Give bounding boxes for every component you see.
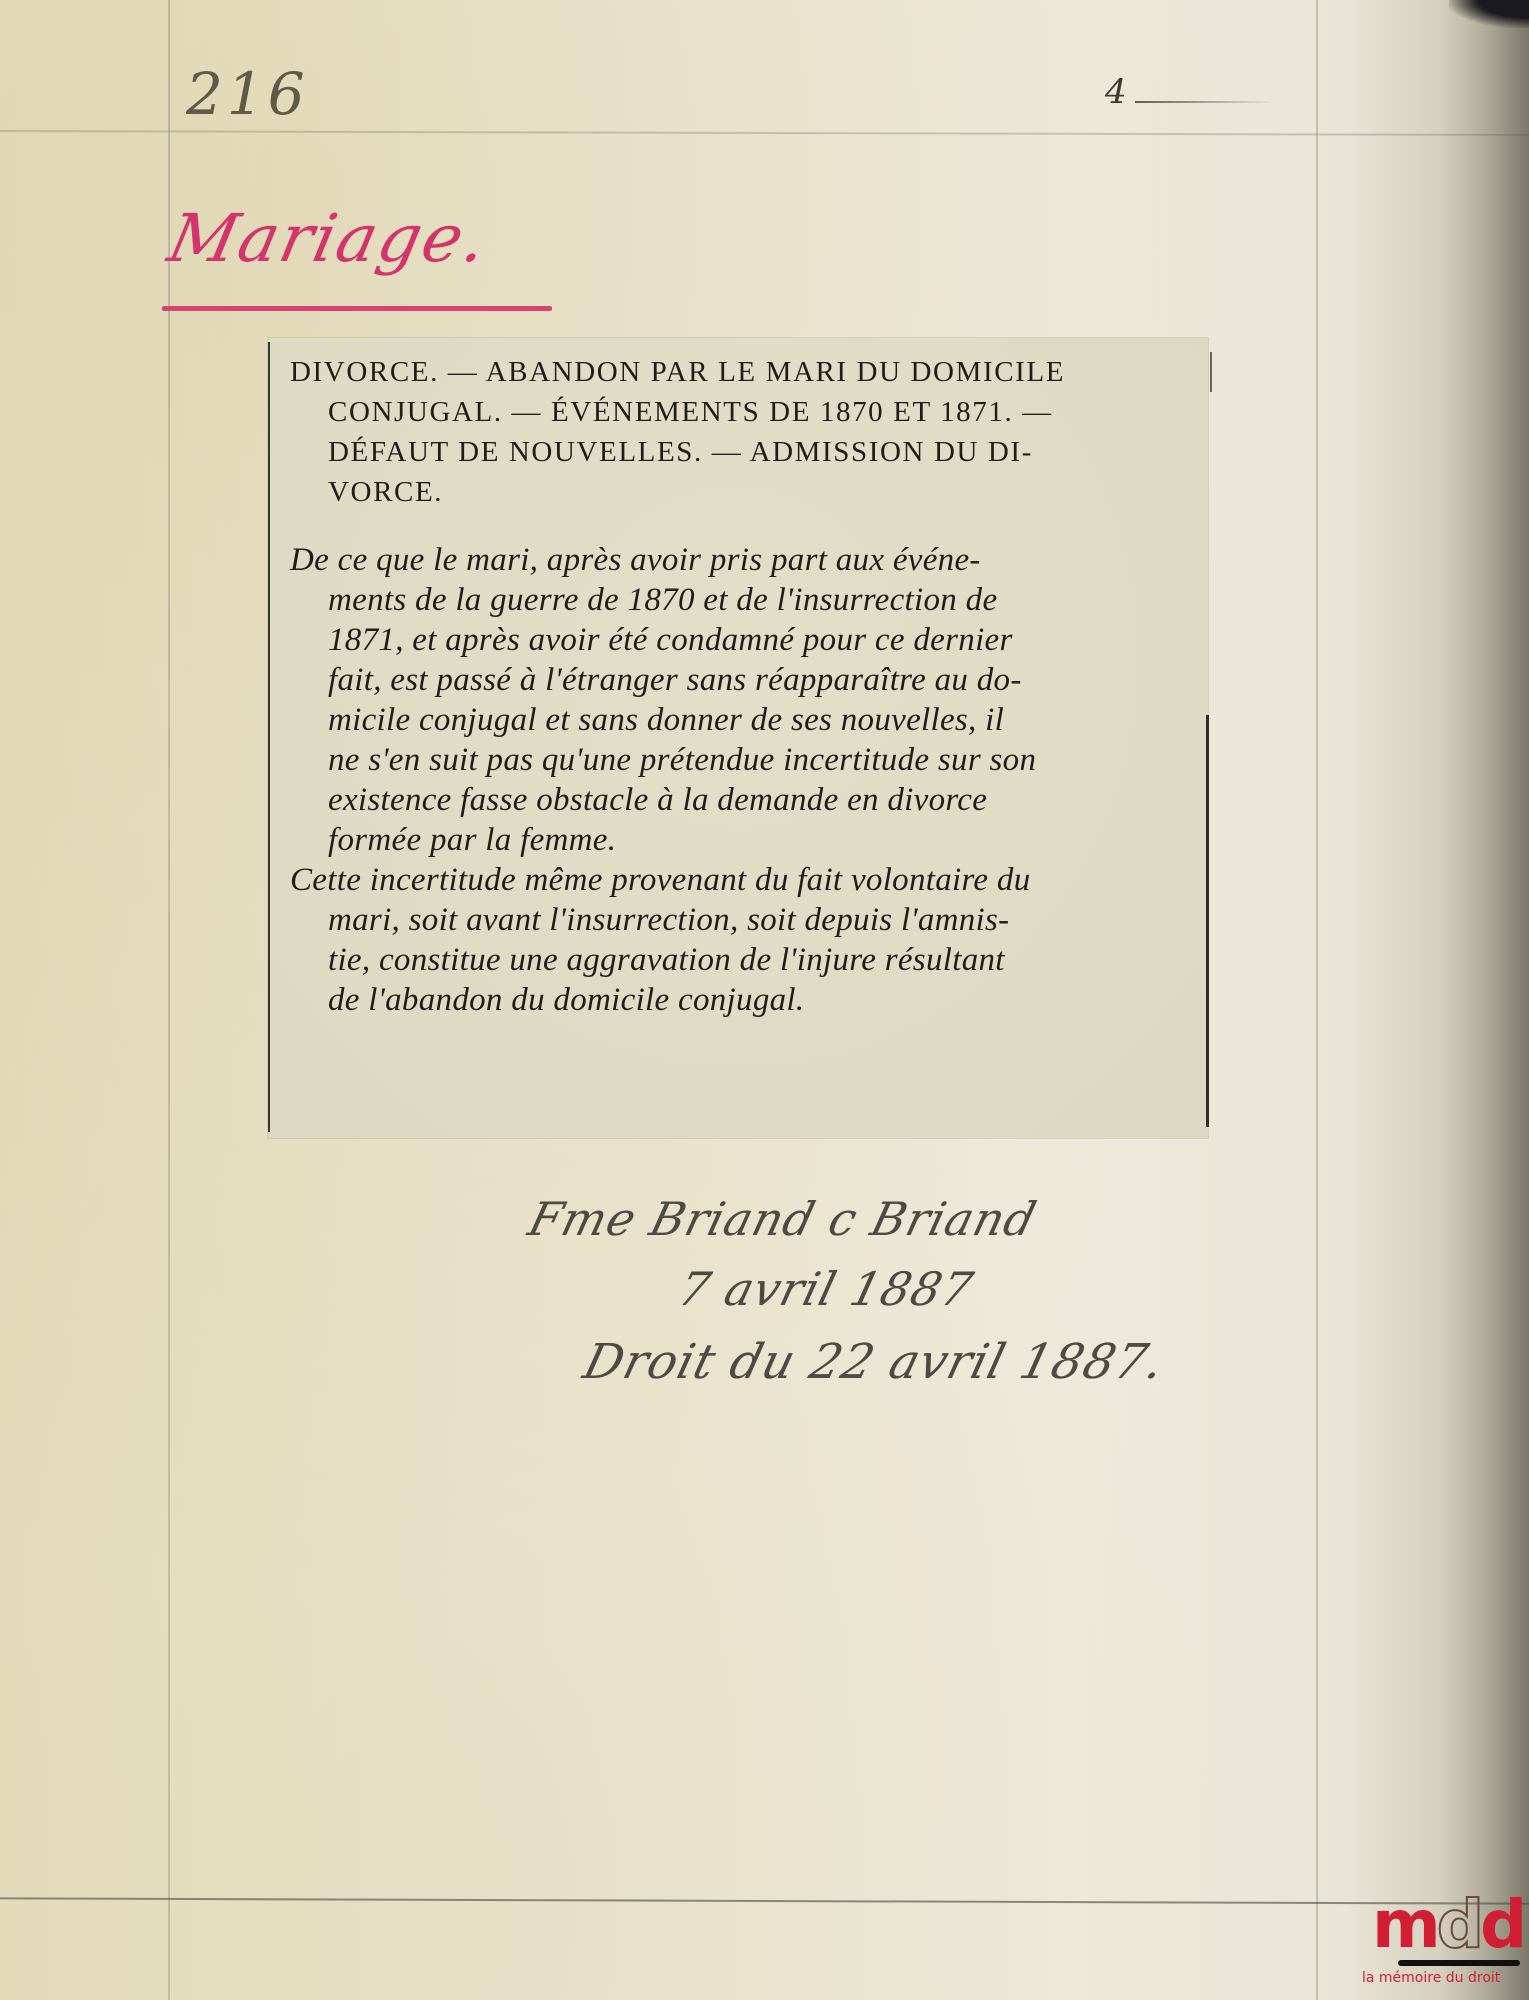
headline-line: VORCE.: [290, 472, 1202, 512]
logo-letter-m: m: [1372, 1886, 1437, 1963]
clipping-border-left: [268, 342, 270, 1132]
logo-letter-d-outline: d: [1437, 1886, 1480, 1963]
headline-line: CONJUGAL. — ÉVÉNEMENTS DE 1870 ET 1871. …: [290, 392, 1202, 432]
handwritten-source: Droit du 22 avril 1887.: [578, 1334, 1170, 1390]
logo-bar: [1398, 1960, 1520, 1966]
binding-shadow: [1439, 0, 1529, 2000]
section-title: Mariage.: [162, 200, 496, 277]
logo-tagline: la mémoire du droit: [1362, 1970, 1500, 1986]
clipping-paragraph-2: Cette incertitude même provenant du fait…: [290, 860, 1202, 1020]
paragraph-line: De ce que le mari, après avoir pris part…: [290, 540, 1202, 580]
paragraph-line: ne s'en suit pas qu'une prétendue incert…: [290, 740, 1202, 780]
paragraph-line: micile conjugal et sans donner de ses no…: [290, 700, 1202, 740]
corner-mark: 4: [1105, 72, 1127, 112]
logo-letter-d: d: [1480, 1886, 1523, 1963]
clipping-border-right-top: [1210, 352, 1212, 392]
logo-wordmark: mdd: [1372, 1890, 1523, 1960]
handwritten-date: 7 avril 1887: [673, 1262, 979, 1316]
headline-line: DIVORCE. — ABANDON PAR LE MARI DU DOMICI…: [290, 352, 1202, 392]
mdd-logo: mdd la mémoire du droit: [1360, 1890, 1529, 2000]
corner-mark-stroke: [1135, 101, 1275, 103]
paragraph-line: fait, est passé à l'étranger sans réappa…: [290, 660, 1202, 700]
paragraph-line: 1871, et après avoir été condamné pour c…: [290, 620, 1202, 660]
clipping-headline: DIVORCE. — ABANDON PAR LE MARI DU DOMICI…: [290, 352, 1202, 512]
header-rule: [0, 130, 1529, 136]
footer-rule: [0, 1897, 1529, 1904]
paragraph-line: Cette incertitude même provenant du fait…: [290, 860, 1202, 900]
clipping-paragraph-1: De ce que le mari, après avoir pris part…: [290, 540, 1202, 860]
page-number: 216: [186, 60, 309, 128]
paragraph-line: formée par la femme.: [290, 820, 1202, 860]
corner-shadow: [1449, 0, 1529, 28]
paragraph-line: de l'abandon du domicile conjugal.: [290, 980, 1202, 1020]
paragraph-line: mari, soit avant l'insurrection, soit de…: [290, 900, 1202, 940]
scanned-page: 216 4 Mariage. DIVORCE. — ABANDON PAR LE…: [0, 0, 1529, 2000]
paragraph-line: existence fasse obstacle à la demande en…: [290, 780, 1202, 820]
section-underline: [162, 306, 552, 311]
margin-rule-left: [168, 0, 170, 2000]
clipping-text: DIVORCE. — ABANDON PAR LE MARI DU DOMICI…: [290, 352, 1202, 1020]
handwritten-case-name: Fme Briand c Briand: [523, 1192, 1042, 1246]
headline-line: DÉFAUT DE NOUVELLES. — ADMISSION DU DI-: [290, 432, 1202, 472]
paragraph-line: tie, constitue une aggravation de l'inju…: [290, 940, 1202, 980]
paragraph-line: ments de la guerre de 1870 et de l'insur…: [290, 580, 1202, 620]
margin-rule-right: [1316, 0, 1318, 2000]
clipping-border-right: [1206, 715, 1209, 1127]
